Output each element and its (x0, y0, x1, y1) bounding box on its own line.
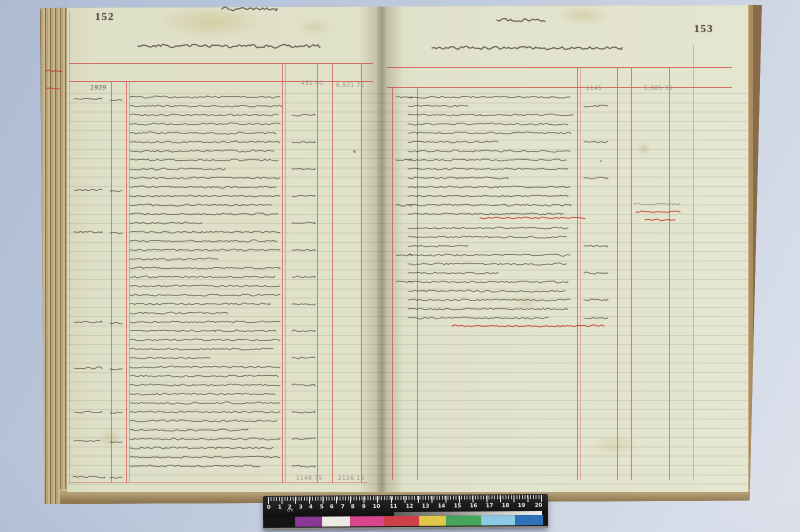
color-patch-white (322, 516, 350, 526)
column-rule (417, 87, 418, 480)
column-rule (332, 63, 333, 483)
ruler-number: 15 (454, 503, 462, 509)
calibration-ruler: 01234567891011121314151617181920 cm (263, 494, 548, 530)
column-rule (126, 81, 127, 483)
ruler-number: 9 (362, 503, 366, 509)
color-patch-blue (515, 515, 543, 525)
header-figure: 1145 (586, 85, 602, 91)
open-pages (67, 5, 748, 492)
column-rule (617, 67, 618, 480)
color-patch-yellow (419, 516, 447, 526)
ruler-number: 13 (422, 503, 430, 509)
header-figure: 451 00 (301, 80, 323, 86)
left-page (67, 5, 377, 492)
column-rule (285, 63, 286, 483)
footer-figure: 1148 75 (296, 475, 322, 481)
page-number-right: 153 (694, 23, 714, 35)
color-patch-red (384, 516, 419, 526)
ruler-number: 18 (502, 502, 510, 508)
header-rule (387, 87, 732, 88)
page-fore-edge (40, 5, 67, 504)
column-rule (317, 63, 318, 483)
paper-speck (214, 330, 216, 332)
color-patch-black (267, 517, 295, 527)
color-calibration-strip (267, 515, 543, 527)
header-rule (69, 63, 373, 64)
ruler-number: 7 (341, 503, 345, 509)
column-rule (129, 81, 130, 483)
column-rule (111, 81, 112, 483)
column-rule (282, 63, 283, 483)
column-rule (580, 67, 581, 480)
page-number-left: 152 (95, 11, 115, 23)
color-patch-sky-blue (481, 515, 516, 525)
ruler-number: 20 (534, 502, 542, 508)
ruler-number: 11 (389, 503, 397, 509)
ruler-number: 17 (486, 502, 494, 508)
ledger-book (40, 5, 764, 504)
ruler-number: 0 (267, 504, 271, 510)
color-patch-purple (295, 517, 323, 527)
header-figure: 6,931 75 (336, 82, 365, 88)
header-rule (387, 67, 732, 68)
ruler-number: 4 (309, 504, 313, 510)
ruler-number: 12 (405, 503, 413, 509)
column-rule (631, 67, 632, 480)
ruler-number: 8 (351, 503, 355, 509)
photo-scene: 152 153 1939 451 00 6,931 75 1145 5,085 … (0, 0, 800, 532)
color-patch-green (446, 515, 481, 525)
ruler-number: 14 (438, 503, 446, 509)
ruler-number: 6 (330, 503, 334, 509)
paper-speck (600, 160, 602, 162)
ruler-unit-label: cm (287, 508, 293, 513)
ruler-number: 10 (373, 503, 381, 509)
footer-figure: 2126 13 (338, 475, 364, 481)
year-note: 1939 (90, 84, 106, 91)
gutter-fold (359, 5, 403, 492)
column-rule (693, 45, 694, 480)
column-rule (69, 11, 70, 483)
right-page (377, 5, 748, 492)
header-rule (69, 81, 373, 82)
footer-rule (69, 482, 367, 483)
horizontal-ruling-left (67, 93, 377, 488)
ruler-number: 1 (277, 504, 281, 510)
paper-speck (353, 150, 356, 153)
ruler-number: 16 (470, 502, 478, 508)
header-figure: 5,085 38 (644, 85, 673, 91)
color-patch-magenta (350, 516, 385, 526)
column-rule (669, 67, 670, 480)
column-rule (577, 67, 578, 480)
ruler-number: 5 (320, 504, 324, 510)
ruler-number: 19 (518, 502, 526, 508)
ruler-number: 3 (298, 504, 302, 510)
